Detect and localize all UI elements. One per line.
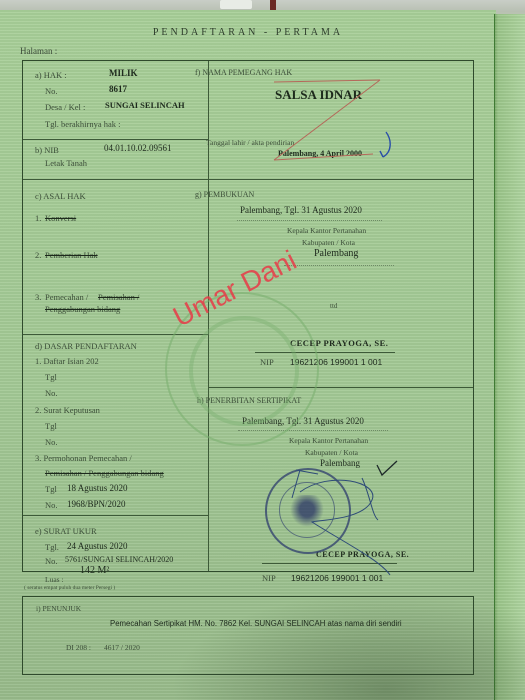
asal-hak-header: c) ASAL HAK xyxy=(35,191,86,201)
asal-hak-pemberian: Pemberian Hak xyxy=(45,250,98,260)
dasar-pendaftaran-header: d) DASAR PENDAFTARAN xyxy=(35,341,137,351)
permohonan-tgl-value: 18 Agustus 2020 xyxy=(67,483,128,493)
di208-label: DI 208 : xyxy=(66,643,91,652)
tgl-label: Tgl xyxy=(45,372,57,382)
pembukuan-header: g) PEMBUKUAN xyxy=(195,190,254,199)
surat-ukur-tgl-value: 24 Agustus 2020 xyxy=(67,541,128,551)
holder-name: SALSA IDNAR xyxy=(275,87,362,103)
tgl-berakhir-label: Tgl. berakhirnya hak : xyxy=(45,119,121,129)
divider xyxy=(23,179,473,180)
no-label: No. xyxy=(45,86,58,96)
dotted-line xyxy=(284,265,394,266)
tanggal-lahir-label: Tanggal lahir / akta pendirian xyxy=(206,138,294,147)
desa-label: Desa / Kel : xyxy=(45,102,85,112)
tanggal-lahir-value: Palembang, 4 April 2000 xyxy=(278,149,362,158)
nip-label: NIP xyxy=(262,573,276,583)
hak-label: a) HAK : xyxy=(35,70,67,80)
surat-ukur-no-label: No. xyxy=(45,556,58,566)
luas-words: ( seratus empat puluh dua meter Persegi … xyxy=(24,585,115,591)
asal-hak-item-num: 2. xyxy=(35,250,41,260)
nib-value: 04.01.10.02.09561 xyxy=(104,143,172,153)
asal-hak-penggabungan: Penggabungan bidang xyxy=(45,304,120,314)
penerbitan-office-line1: Kepala Kantor Pertanahan xyxy=(289,436,368,445)
penerbitan-city: Palembang xyxy=(320,458,360,468)
surat-ukur-no-value: 5761/SUNGAI SELINCAH/2020 xyxy=(65,555,173,564)
desa-value: SUNGAI SELINCAH xyxy=(105,100,185,110)
pembukuan-place-date: Palembang, Tgl. 31 Agustus 2020 xyxy=(240,205,362,215)
penunjuk-frame xyxy=(22,596,474,675)
hak-value: MILIK xyxy=(109,68,138,78)
penunjuk-header: i) PENUNJUK xyxy=(36,604,81,613)
pembukuan-office-line1: Kepala Kantor Pertanahan xyxy=(287,226,366,235)
penerbitan-official-name: CECEP PRAYOGA, SE. xyxy=(316,550,409,559)
halaman-label: Halaman : xyxy=(20,46,57,56)
ttd-text: ttd xyxy=(330,302,337,310)
tgl-label: Tgl xyxy=(45,484,57,494)
tgl-label: Tgl xyxy=(45,421,57,431)
garuda-emblem-icon xyxy=(290,495,324,527)
dotted-line xyxy=(237,220,382,221)
surat-ukur-header: e) SURAT UKUR xyxy=(35,526,97,536)
no-label: No. xyxy=(45,437,58,447)
nama-pemegang-hak-header: f) NAMA PEMEGANG HAK xyxy=(195,68,292,77)
letak-tanah-label: Letak Tanah xyxy=(45,158,87,168)
di208-value: 4617 / 2020 xyxy=(104,643,140,652)
asal-hak-konversi: Konversi xyxy=(45,213,76,223)
divider xyxy=(23,515,208,516)
pembukuan-city: Palembang xyxy=(314,248,358,259)
no-label: No. xyxy=(45,388,58,398)
pembukuan-office-line2: Kabupaten / Kota xyxy=(302,238,355,247)
luas-label: Luas : xyxy=(45,575,64,584)
signature-line xyxy=(262,563,397,564)
penerbitan-office-line2: Kabupaten / Kota xyxy=(305,448,358,457)
no-value: 8617 xyxy=(109,84,127,94)
penunjuk-text: Pemecahan Sertipikat HM. No. 7862 Kel. S… xyxy=(110,619,402,628)
permohonan-item-line2: Pemisahan / Penggabungan bidang xyxy=(45,468,164,478)
divider xyxy=(23,139,208,140)
permohonan-item: 3. Permohonan Pemecahan / xyxy=(35,453,132,463)
penerbitan-nip-value: 19621206 199001 1 001 xyxy=(291,573,383,583)
page-edge xyxy=(494,14,525,700)
no-label: No. xyxy=(45,500,58,510)
document-title: PENDAFTARAN - PERTAMA xyxy=(0,27,496,38)
surat-keputusan-item: 2. Surat Keputusan xyxy=(35,405,100,415)
asal-hak-item-num: 3. xyxy=(35,292,41,302)
clip-object xyxy=(270,0,276,10)
permohonan-no-value: 1968/BPN/2020 xyxy=(67,499,126,509)
asal-hak-pemecahan: Pemecahan / xyxy=(45,292,88,302)
clip-object xyxy=(220,0,252,9)
luas-value: 142 M² xyxy=(80,565,109,576)
surat-ukur-tgl-label: Tgl. xyxy=(45,542,59,552)
asal-hak-pemisahan: Pemisahan / xyxy=(98,292,139,302)
nib-label: b) NIB xyxy=(35,145,59,155)
daftar-isian-item: 1. Daftar Isian 202 xyxy=(35,356,99,366)
asal-hak-item-num: 1. xyxy=(35,213,41,223)
